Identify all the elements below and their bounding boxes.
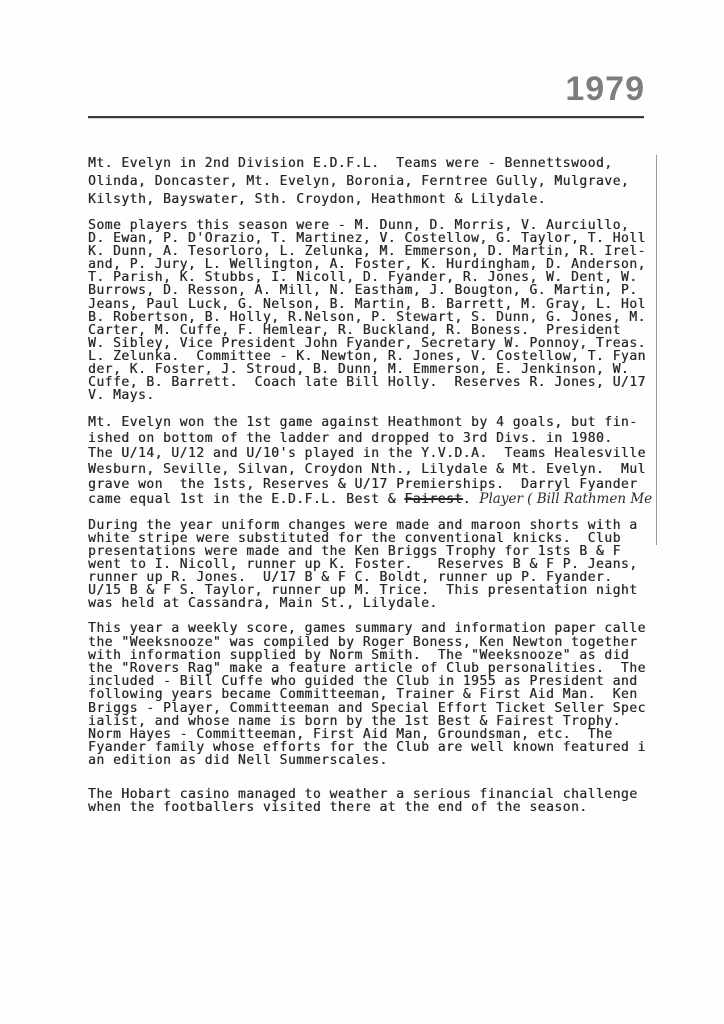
paragraph-teams: Mt. Evelyn in 2nd Division E.D.F.L. Team… <box>88 155 678 209</box>
text-line: W. Sibley, Vice President John Fyander, … <box>88 337 678 350</box>
typed-suffix: . <box>463 492 480 507</box>
text-line: V. Mays. <box>88 389 678 402</box>
paragraph-uniforms-trophies: During the year uniform changes were mad… <box>88 519 678 611</box>
text-line: Carter, M. Cuffe, F. Hemlear, R. Bucklan… <box>88 324 678 337</box>
text-line: Briggs - Player, Committeeman and Specia… <box>88 702 678 715</box>
text-line: grave won the 1sts, Reserves & U/17 Prem… <box>88 477 678 492</box>
text-line: Wesburn, Seville, Silvan, Croydon Nth., … <box>88 462 678 477</box>
paragraph-weeksnooze: This year a weekly score, games summary … <box>88 622 678 767</box>
text-line: ished on bottom of the ladder and droppe… <box>88 431 678 446</box>
header-divider-line <box>88 116 644 118</box>
text-line: when the footballers visited there at th… <box>88 801 678 814</box>
text-line: was held at Cassandra, Main St., Lilydal… <box>88 597 678 610</box>
paragraph-players-officials: Some players this season were - M. Dunn,… <box>88 219 678 402</box>
text-line: the "Weeksnooze" was compiled by Roger B… <box>88 636 678 649</box>
text-line: white stripe were substituted for the co… <box>88 532 678 545</box>
text-line: Mt. Evelyn in 2nd Division E.D.F.L. Team… <box>88 155 678 173</box>
text-line: Burrows, D. Resson, A. Mill, N. Eastham,… <box>88 284 678 297</box>
text-line: The U/14, U/12 and U/10's played in the … <box>88 446 678 461</box>
text-line: Mt. Evelyn won the 1st game against Heat… <box>88 415 678 430</box>
text-line: Olinda, Doncaster, Mt. Evelyn, Boronia, … <box>88 173 678 191</box>
text-line: B. Robertson, B. Holly, R.Nelson, P. Ste… <box>88 311 678 324</box>
text-line: following years became Committeeman, Tra… <box>88 688 678 701</box>
struck-word: Fairest <box>404 492 462 507</box>
document-body: Mt. Evelyn in 2nd Division E.D.F.L. Team… <box>88 155 678 814</box>
text-line: This year a weekly score, games summary … <box>88 622 678 635</box>
year-heading: 1979 <box>565 70 645 109</box>
paragraph-hobart-casino: The Hobart casino managed to weather a s… <box>88 788 678 814</box>
handwritten-annotation: Player ( Bill Rathmen Me <box>479 491 652 507</box>
text-line: an edition as did Nell Summerscales. <box>88 754 678 767</box>
text-line: Cuffe, B. Barrett. Coach late Bill Holly… <box>88 376 678 389</box>
text-line: During the year uniform changes were mad… <box>88 519 678 532</box>
season-results-lines: Mt. Evelyn won the 1st game against Heat… <box>88 415 678 492</box>
paragraph-season-results: Mt. Evelyn won the 1st game against Heat… <box>88 415 678 507</box>
best-and-fairest-line: came equal 1st in the E.D.F.L. Best & Fa… <box>88 492 678 507</box>
text-line: Jeans, Paul Luck, G. Nelson, B. Martin, … <box>88 298 678 311</box>
scanned-document-page: 1979 Mt. Evelyn in 2nd Division E.D.F.L.… <box>0 0 724 1024</box>
text-line: Kilsyth, Bayswater, Sth. Croydon, Heathm… <box>88 191 678 209</box>
typed-prefix: came equal 1st in the E.D.F.L. Best & <box>88 492 404 507</box>
text-line: The Hobart casino managed to weather a s… <box>88 788 678 801</box>
